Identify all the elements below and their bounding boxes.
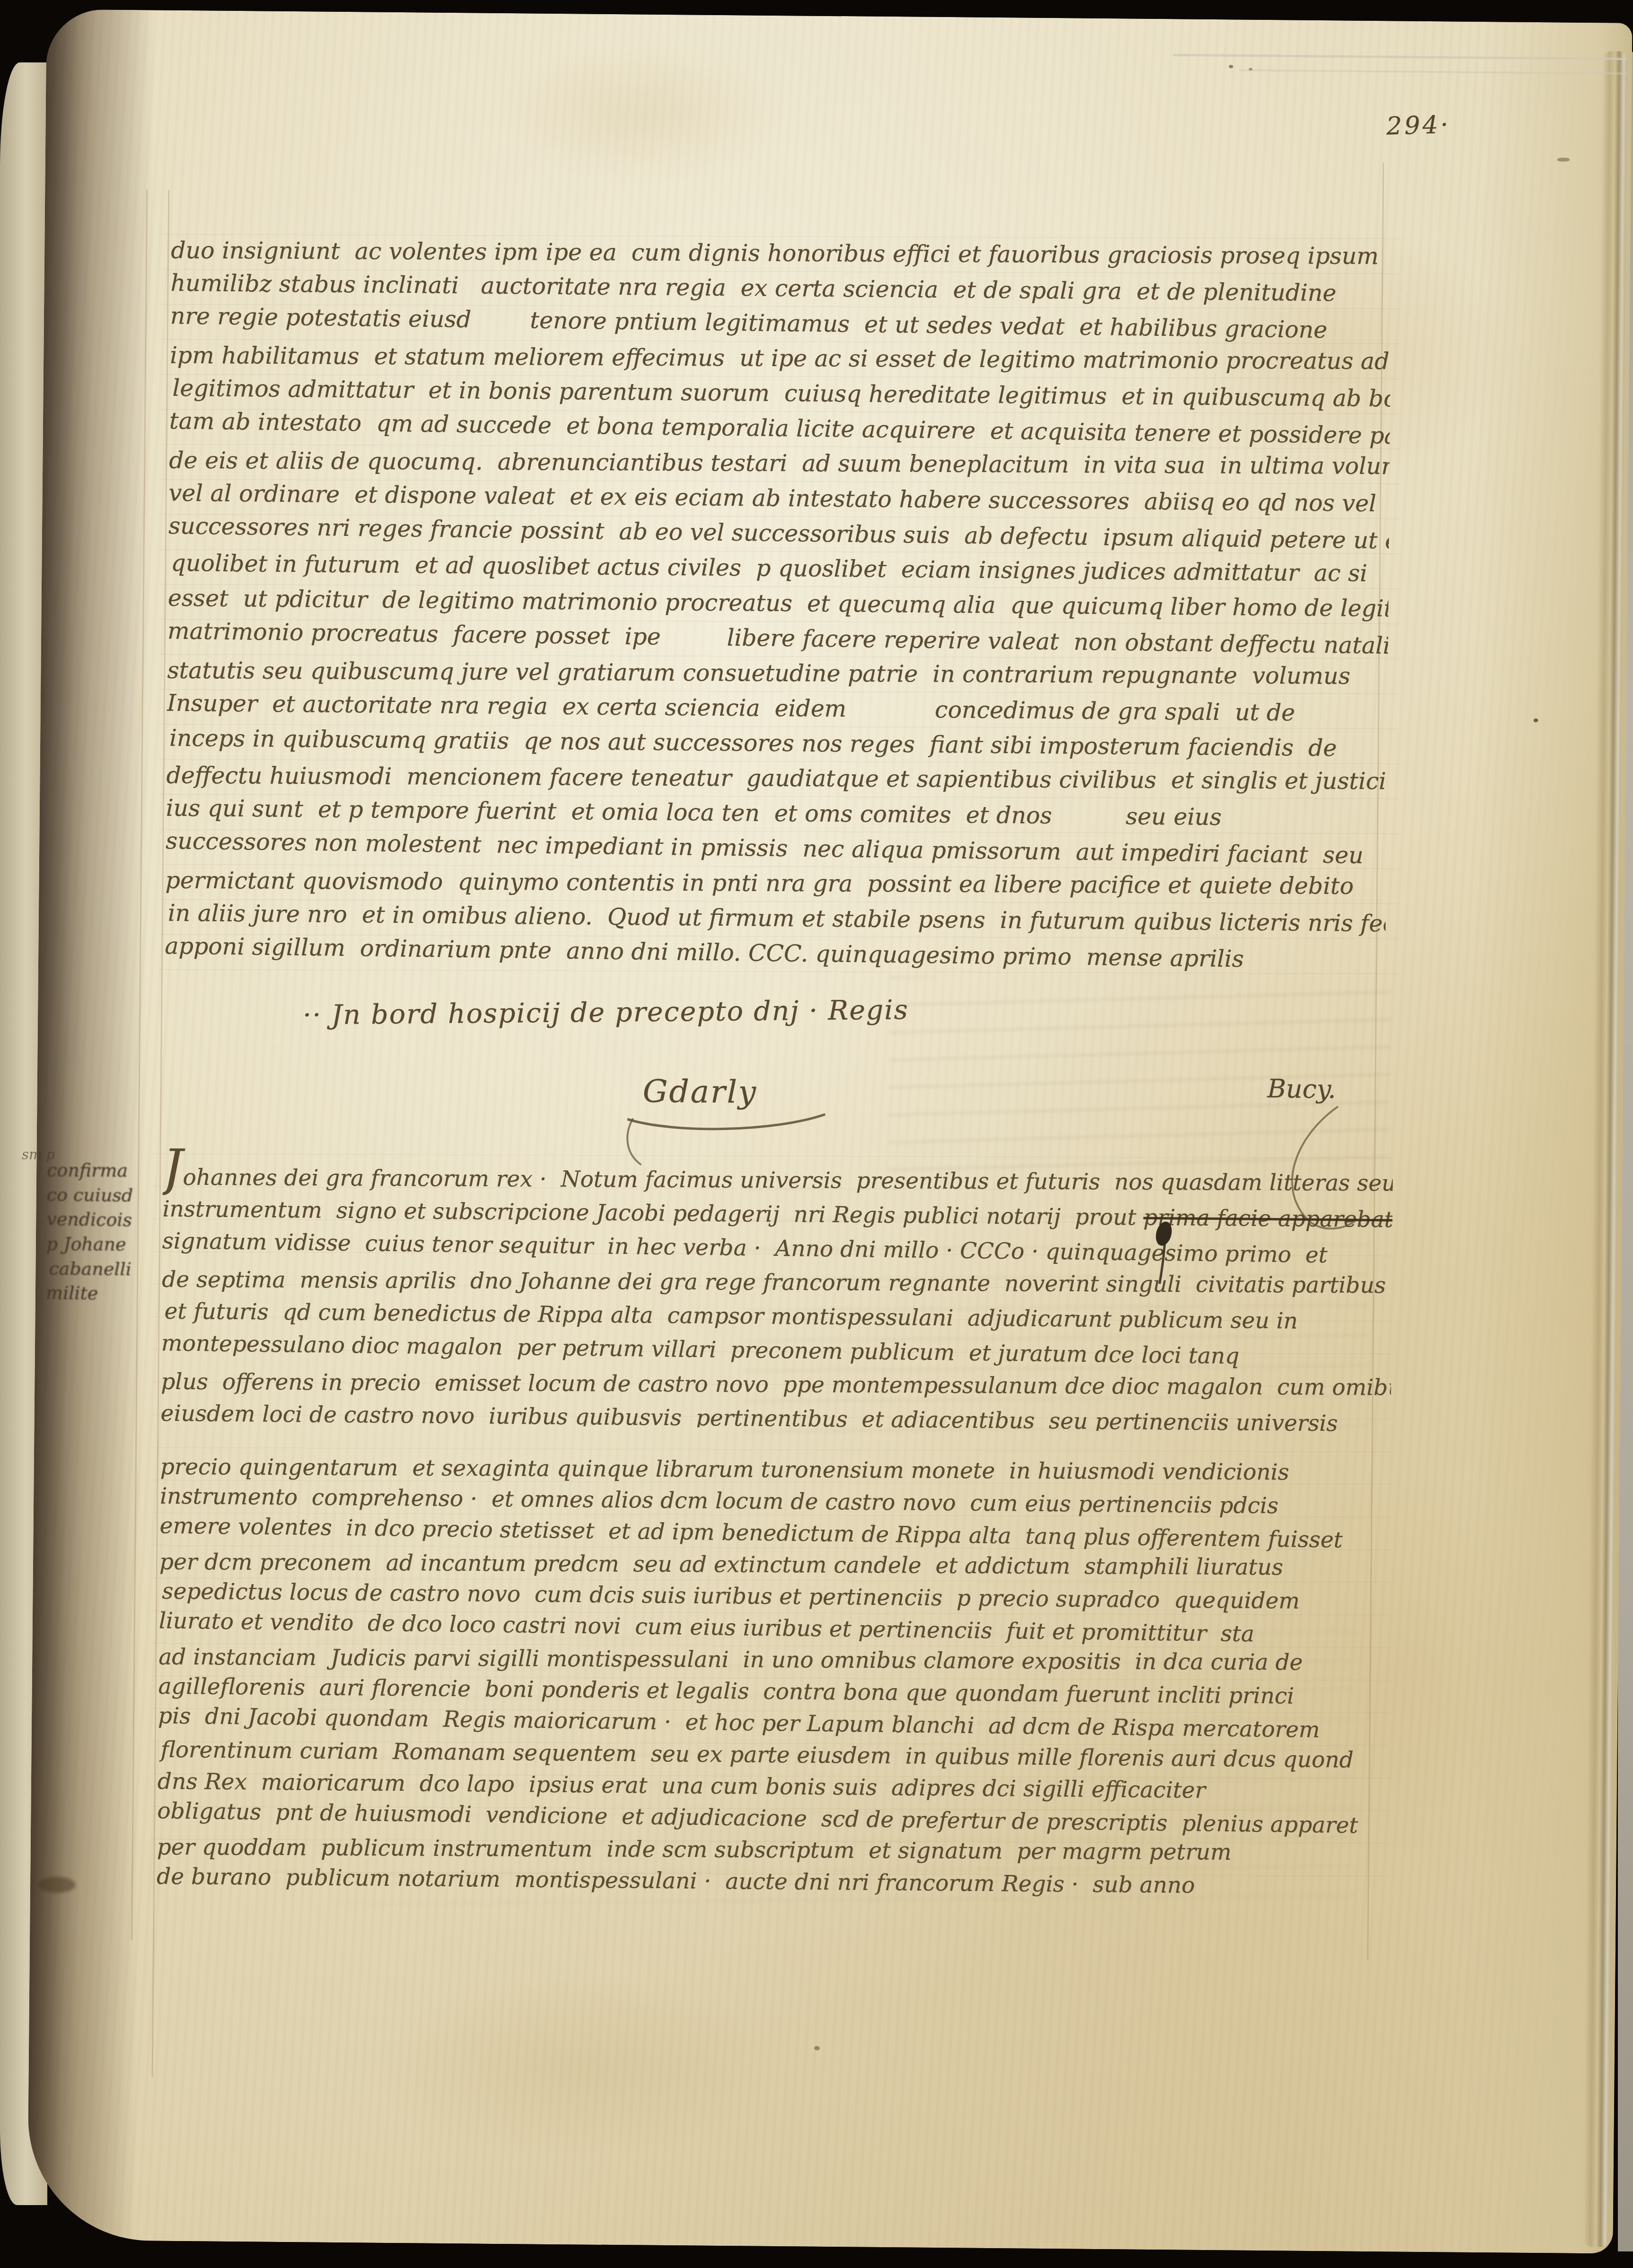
ink-speck bbox=[1229, 65, 1233, 68]
manuscript-photo: { "page": { "folio_number": "294·", "hea… bbox=[0, 0, 1633, 2268]
text-line: p Johane bbox=[46, 1232, 155, 1257]
margin-scribble: sm p bbox=[22, 1147, 55, 1163]
folio-number: 294· bbox=[1386, 111, 1451, 141]
text-block-instrument-a: Johannes dei gra francorum rex · Notum f… bbox=[161, 1148, 1393, 1434]
text-line: cabanelli bbox=[49, 1256, 158, 1282]
ink-speck bbox=[814, 2046, 820, 2050]
parchment-stain bbox=[494, 42, 789, 186]
ink-speck bbox=[1557, 158, 1570, 161]
chancery-signature-right: Bucy. bbox=[1267, 1074, 1336, 1104]
text-block-instrument-b: precio quingentarum et sexaginta quinque… bbox=[157, 1449, 1390, 1907]
text-line: milite bbox=[46, 1280, 155, 1306]
text-line: per quoddam publicum instrumentum inde s… bbox=[157, 1831, 1387, 1869]
text-line: co cuiusd bbox=[47, 1182, 156, 1208]
ink-blot bbox=[1147, 1220, 1185, 1287]
text-line: confirma bbox=[47, 1158, 156, 1183]
text-line: de eis et aliis de quocumq. abrenunciant… bbox=[169, 443, 1389, 484]
text-line: deffectu huiusmodi mencionem facere tene… bbox=[166, 758, 1387, 799]
ink-smudge bbox=[38, 1876, 76, 1893]
gutter-shadow bbox=[27, 9, 155, 2241]
text-line: Johannes dei gra francorum rex · Notum f… bbox=[163, 1151, 1393, 1201]
manuscript-page: 294· duo insigniunt ac volentes ipm ipe … bbox=[27, 9, 1632, 2253]
text-line: plus offerens in precio emisset locum de… bbox=[161, 1365, 1391, 1405]
margin-note-confirmatio: confirmaco cuiusdvendicoisp Johanecabane… bbox=[46, 1158, 156, 1306]
text-line: ad instanciam Judicis parvi sigilli mont… bbox=[158, 1641, 1388, 1679]
parchment-stain bbox=[359, 1975, 786, 2158]
ink-speck bbox=[1534, 718, 1538, 722]
text-line: vendicois bbox=[46, 1207, 156, 1233]
jussio-line: ·· Jn bord hospicij de precepto dnj · Re… bbox=[303, 994, 909, 1031]
text-line: statutis seu quibuscumq jure vel gratiar… bbox=[167, 653, 1387, 694]
text-block-legitimation: duo insigniunt ac volentes ipm ipe ea cu… bbox=[165, 231, 1392, 979]
